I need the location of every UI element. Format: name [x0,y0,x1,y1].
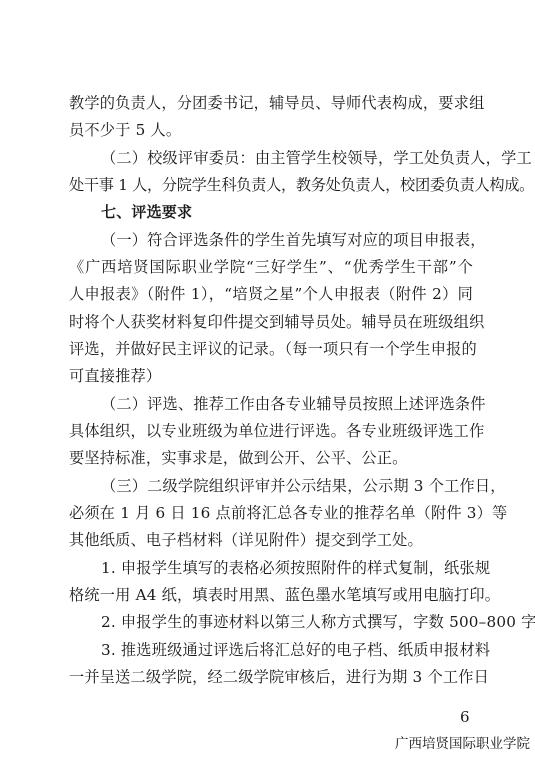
text-line: 3. 推选班级通过评选后将汇总好的电子档、纸质申报材料 [101,639,473,661]
footer-institution: 广西培贤国际职业学院 [395,734,530,754]
text-line: 教学的负责人，分团委书记，辅导员、导师代表构成，要求组 [69,92,473,114]
text-line: 评选，并做好民主评议的记录。（每一项只有一个学生申报的 [69,338,473,360]
text-line: 2. 申报学生的事迹材料以第三人称方式撰写，字数 500–800 字。 [101,611,473,633]
text-line: （二）校级评审委员：由主管学生校领导，学工处负责人，学工 [101,147,473,169]
text-line: 格统一用 A4 纸，填表时用黑、蓝色墨水笔填写或用电脑打印。 [69,584,473,606]
text-line: （二）评选、推荐工作由各专业辅导员按照上述评选条件 [101,393,473,415]
text-line: （一）符合评选条件的学生首先填写对应的项目申报表， [101,229,473,251]
text-line: 具体组织，以专业班级为单位进行评选。各专业班级评选工作 [69,420,473,442]
text-line: 可直接推荐） [69,365,473,387]
text-line: 其他纸质、电子档材料（详见附件）提交到学工处。 [69,529,473,551]
text-line: 时将个人获奖材料复印件提交到辅导员处。辅导员在班级组织 [69,311,473,333]
text-line: 必须在 1 月 6 日 16 点前将汇总各专业的推荐名单（附件 3）等 [69,502,473,524]
section-heading: 七、评选要求 [101,201,473,223]
text-line: 员不少于 5 人。 [69,119,473,141]
text-line: 处干事 1 人，分院学生科负责人，教务处负责人，校团委负责人构成。 [69,174,473,196]
page-number: 6 [460,707,470,727]
text-line: 一并呈送二级学院，经二级学院审核后，进行为期 3 个工作日 [69,666,473,688]
text-line: （三）二级学院组织评审并公示结果，公示期 3 个工作日， [101,475,473,497]
text-line: 《广西培贤国际职业学院“三好学生”、“优秀学生干部”个 [69,256,473,278]
document-page: 教学的负责人，分团委书记，辅导员、导师代表构成，要求组 员不少于 5 人。 （二… [0,0,535,761]
text-line: 要坚持标准，实事求是，做到公开、公平、公正。 [69,447,473,469]
text-line: 人申报表》（附件 1），“培贤之星”个人申报表（附件 2）同 [69,283,473,305]
text-line: 1. 申报学生填写的表格必须按照附件的样式复制，纸张规 [101,557,473,579]
